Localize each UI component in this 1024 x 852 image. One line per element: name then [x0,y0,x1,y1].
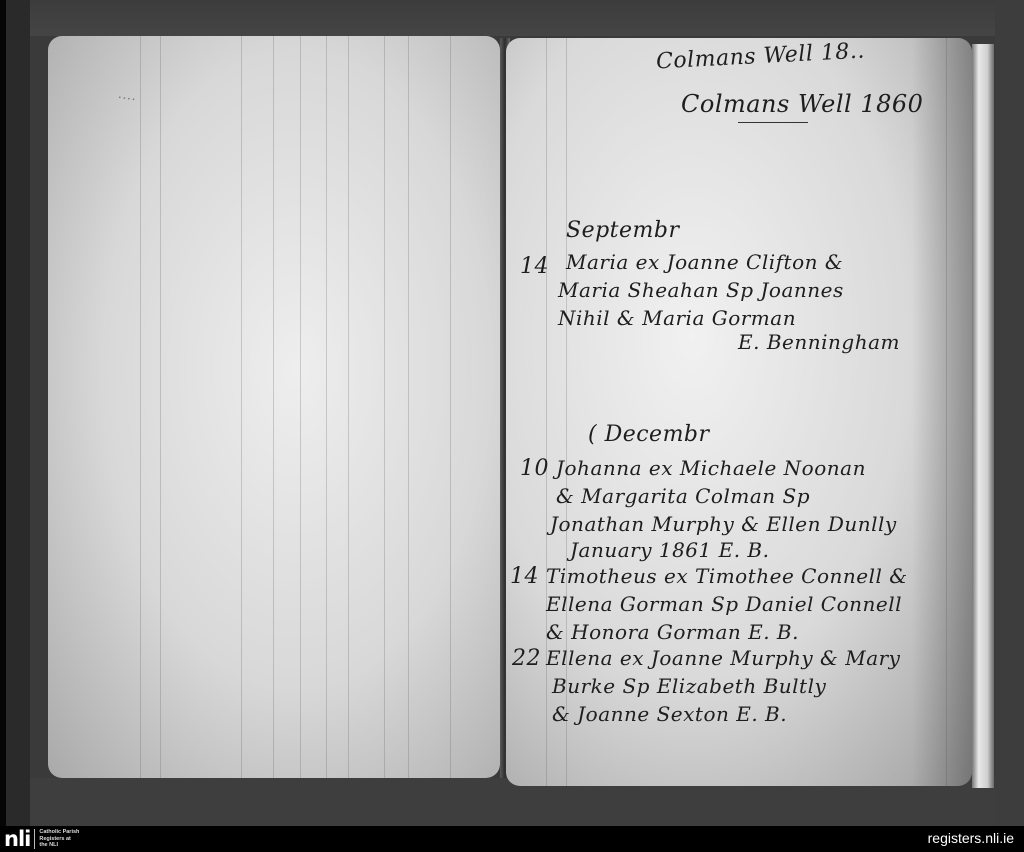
nli-logo[interactable]: nli Catholic Parish Registers at the NLI [4,828,79,850]
entry-signature: E. Benningham [738,330,900,354]
entry-line: Ellena Gorman Sp Daniel Connell [546,592,902,616]
entry-line: & Joanne Sexton E. B. [552,702,787,726]
entry-month: ( Decembr [588,422,710,447]
logo-text-line: Catholic Parish [39,829,79,836]
nli-logo-text: Catholic Parish Registers at the NLI [39,829,79,849]
footer-bar: nli Catholic Parish Registers at the NLI… [0,826,1024,852]
entry-line: Maria Sheahan Sp Joannes [558,278,844,302]
entry-day: 14 [520,254,549,279]
entry-month: Septembr [566,218,680,243]
entry-line: January 1861 E. B. [570,538,769,562]
left-page: .... [48,36,500,778]
entry-line: Timotheus ex Timothee Connell & [546,564,908,588]
entry-line: Ellena ex Joanne Murphy & Mary [546,646,900,670]
scan-border-top [30,0,1024,36]
register-image-viewer[interactable]: .... Colmans Well 18.. Colmans Well 1860… [0,0,1024,826]
entry-line: Burke Sp Elizabeth Bultly [552,674,826,698]
entry-line: Johanna ex Michaele Noonan [556,456,866,480]
entry-line: Jonathan Murphy & Ellen Dunlly [550,512,897,536]
scan-shadow-left [6,0,30,826]
logo-divider [34,829,35,849]
entry-line: & Honora Gorman E. B. [546,620,799,644]
right-page: Colmans Well 18.. Colmans Well 1860 Sept… [506,38,972,786]
nli-logo-mark: nli [4,828,30,850]
left-page-faint-header: .... [117,87,137,104]
logo-text-line: the NLI [39,842,79,849]
scan-border-right [995,0,1024,826]
entry-day: 14 [510,564,539,589]
entry-line: Nihil & Maria Gorman [558,306,796,330]
site-link[interactable]: registers.nli.ie [928,830,1014,846]
page-header: Colmans Well 1860 [681,90,923,118]
entry-line: Maria ex Joanne Clifton & [566,250,843,274]
entry-line: & Margarita Colman Sp [556,484,810,508]
entry-day: 22 [512,646,541,671]
header-underline [738,122,808,123]
entry-day: 10 [520,456,549,481]
next-page-edge [972,44,994,788]
page-header-pencil: Colmans Well 18.. [655,39,865,75]
